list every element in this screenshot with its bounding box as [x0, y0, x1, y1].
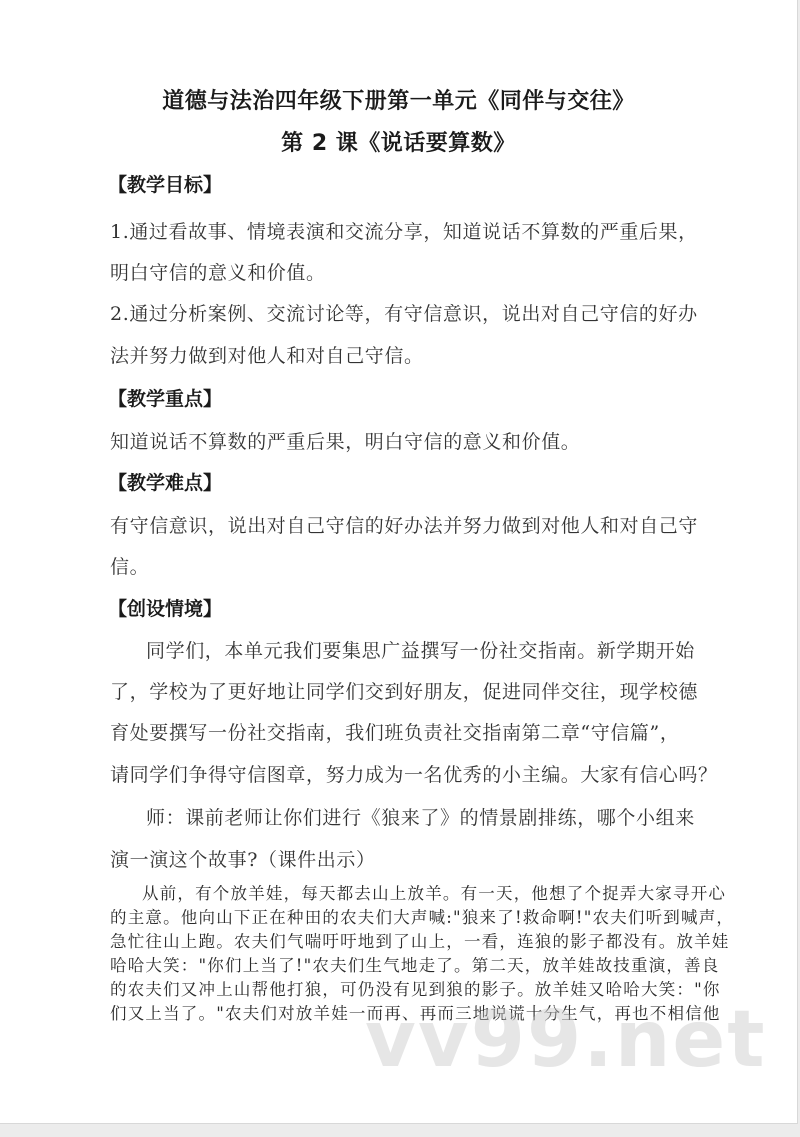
- objective-line: 1.通过看故事、情境表演和交流分享，知道说话不算数的严重后果，: [110, 217, 698, 244]
- key-point-line: 知道说话不算数的严重后果，明白守信的意义和价值。: [110, 427, 580, 454]
- document-page: 道德与法治四年级下册第一单元《同伴与交往》 第 2 课《说话要算数》 【教学目标…: [0, 0, 798, 1124]
- scenario-line: 请同学们争得守信图章，努力成为一名优秀的小主编。大家有信心吗？: [110, 760, 718, 787]
- scenario-line: 育处要撰写一份社交指南，我们班负责社交指南第二章“守信篇”，: [110, 718, 679, 745]
- story-line: 从前，有个放羊娃，每天都去山上放羊。有一天，他想了个捉弄大家寻开心: [142, 880, 726, 904]
- scenario-line: 师：课前老师让你们进行《狼来了》的情景剧排练，哪个小组来: [146, 803, 695, 830]
- scenario-line: 演一演这个故事?（课件出示）: [110, 845, 376, 872]
- objective-line: 2.通过分析案例、交流讨论等，有守信意识，说出对自己守信的好办: [110, 299, 698, 326]
- story-line: 急忙往山上跑。农夫们气喘吁吁地到了山上，一看，连狼的影子都没有。放羊娃: [110, 928, 730, 952]
- section-heading-objectives: 【教学目标】: [108, 170, 222, 197]
- scenario-line: 同学们，本单元我们要集思广益撰写一份社交指南。新学期开始: [146, 636, 695, 663]
- story-line: 的主意。他向山下正在种田的农夫们大声喊:"狼来了!救命啊!"农夫们听到喊声，: [110, 904, 734, 928]
- objective-line: 法并努力做到对他人和对自己守信。: [110, 341, 424, 368]
- difficulty-line: 信。: [110, 552, 149, 579]
- lesson-title: 第 2 课《说话要算数》: [0, 126, 797, 157]
- scenario-line: 了，学校为了更好地让同学们交到好朋友，促进同伴交往，现学校德: [110, 677, 698, 704]
- document-title: 道德与法治四年级下册第一单元《同伴与交往》: [0, 84, 797, 115]
- story-line: 哈哈大笑："你们上当了!"农夫们生气地走了。第二天，放羊娃故技重演，善良: [110, 952, 720, 976]
- story-line: 的农夫们又冲上山帮他打狼，可仍没有见到狼的影子。放羊娃又哈哈大笑："你: [110, 976, 721, 1000]
- objective-line: 明白守信的意义和价值。: [110, 258, 326, 285]
- section-heading-key-points: 【教学重点】: [108, 384, 222, 411]
- story-line: 们又上当了。"农夫们对放羊娃一而再、再而三地说谎十分生气，再也不相信他: [110, 1000, 721, 1024]
- section-heading-difficulties: 【教学难点】: [108, 468, 222, 495]
- section-heading-scenario: 【创设情境】: [108, 594, 222, 621]
- difficulty-line: 有守信意识，说出对自己守信的好办法并努力做到对他人和对自己守: [110, 511, 698, 538]
